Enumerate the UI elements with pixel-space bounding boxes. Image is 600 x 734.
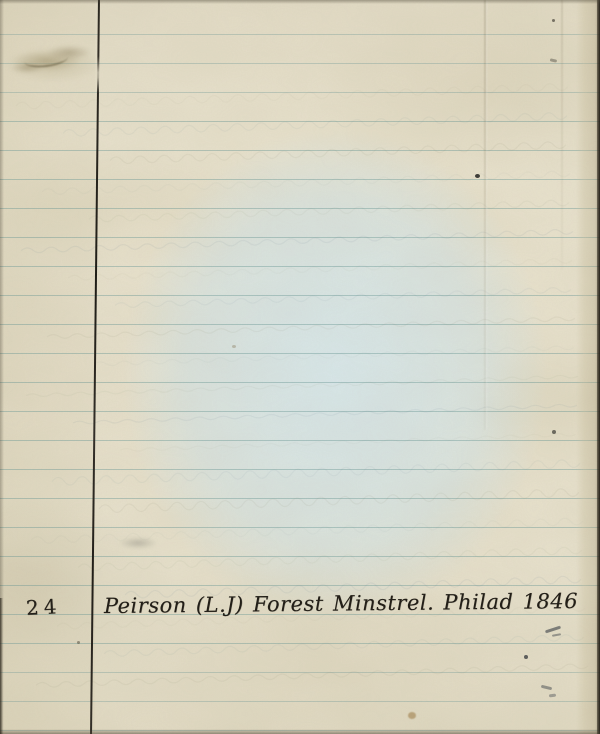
entry-text: Peirson (L.J) Forest Minstrel. Philad 18…	[104, 589, 578, 618]
ink-speck	[552, 633, 561, 637]
ink-speck	[475, 174, 480, 178]
scan-edge-left-dark	[0, 598, 3, 734]
ghost-writing-stroke	[104, 634, 584, 657]
paper-crease	[484, 0, 486, 430]
ruled-line	[0, 440, 600, 441]
ghost-writing-stroke	[63, 112, 567, 137]
scanned-ledger-page: 24 Peirson (L.J) Forest Minstrel. Philad…	[0, 0, 600, 734]
scan-edge-top	[0, 0, 600, 4]
ghost-writing-stroke	[110, 141, 566, 164]
ghost-writing-stroke	[68, 258, 572, 281]
stain-dot	[408, 712, 416, 719]
ruled-line	[0, 237, 600, 238]
paper-crease	[561, 0, 563, 270]
ink-speck	[550, 58, 557, 62]
ruled-line	[0, 150, 600, 151]
ghost-writing-stroke	[73, 404, 577, 425]
ink-speck	[545, 626, 561, 634]
ruled-line	[0, 527, 600, 528]
ruled-line	[0, 295, 600, 296]
ruled-line	[0, 34, 600, 35]
ghost-writing-stroke	[120, 433, 576, 452]
ink-speck	[77, 641, 80, 644]
ruled-line	[0, 498, 600, 499]
ledger-entry-row: 24 Peirson (L.J) Forest Minstrel. Philad…	[0, 594, 600, 624]
stain-dot	[232, 345, 236, 348]
ruled-line	[0, 556, 600, 557]
ink-speck	[541, 685, 552, 691]
ruled-line	[0, 179, 600, 180]
ruled-line	[0, 92, 600, 93]
ghost-writing-stroke	[21, 229, 573, 253]
ruled-line	[0, 324, 600, 325]
ink-speck	[552, 430, 556, 434]
ghost-writing-stroke	[36, 663, 588, 687]
entry-number: 24	[25, 594, 62, 620]
ruled-line	[0, 266, 600, 267]
ruled-line	[0, 353, 600, 354]
ghost-writing-stroke	[26, 375, 578, 397]
ghost-writing-stroke	[99, 488, 579, 513]
ghost-writing-stroke	[94, 345, 574, 366]
ghost-writing-stroke	[115, 287, 571, 308]
ghost-writing-stroke	[89, 200, 569, 223]
ruled-line	[0, 208, 600, 209]
ruled-line	[0, 469, 600, 470]
ruled-line	[0, 411, 600, 412]
ruled-line	[0, 382, 600, 383]
ink-speck	[524, 655, 528, 659]
ghost-writing-stroke	[47, 316, 575, 338]
ghost-writing-stroke	[52, 459, 580, 485]
ink-speck	[549, 694, 556, 698]
ruled-line	[0, 585, 600, 586]
grey-smudge	[112, 533, 164, 553]
ink-speck	[552, 19, 555, 22]
ruled-line	[0, 121, 600, 122]
ghost-writing-stroke	[42, 171, 570, 195]
